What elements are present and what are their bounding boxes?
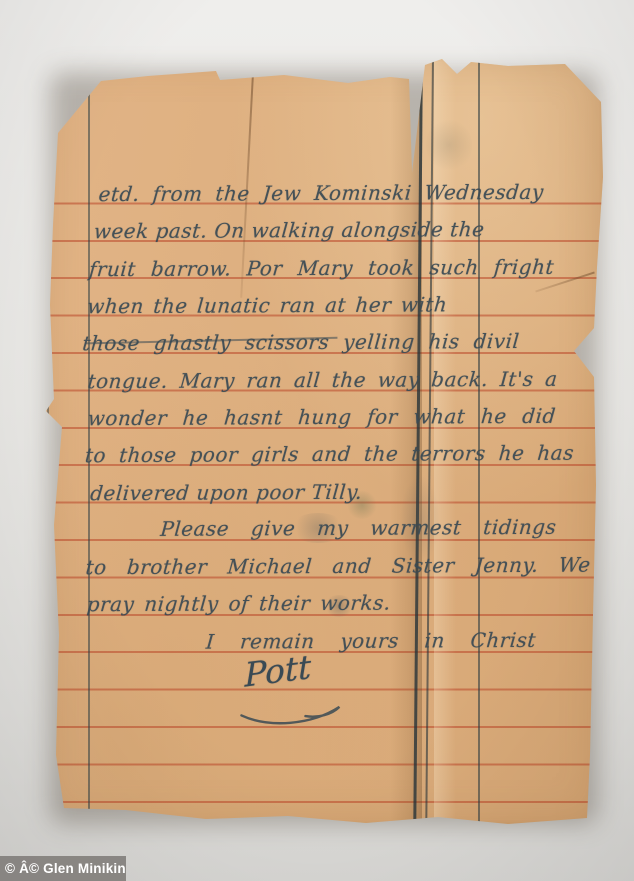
letter-line: Please give my warmest tidings [159, 514, 557, 542]
letter-line: pray nightly of their works. [86, 590, 392, 618]
letter-line: to brother Michael and Sister Jenny. We [85, 552, 592, 581]
letter-paper: etd. from the Jew Kominski Wednesday wee… [38, 55, 606, 827]
photograph: etd. from the Jew Kominski Wednesday wee… [0, 0, 634, 881]
letter-line: to those poor girls and the terrors he h… [84, 440, 575, 469]
photo-credit-bar: © Â© Glen Minikin [0, 856, 126, 881]
margin-line-edge [47, 55, 49, 827]
letter-line: fruit barrow. Por Mary took such fright [88, 254, 555, 282]
letter-line: delivered upon poor Tilly. [89, 479, 363, 506]
photo-credit-label: © Â© Glen Minikin [0, 861, 126, 876]
letter-line: etd. from the Jew Kominski Wednesday [98, 179, 545, 207]
handwritten-text: etd. from the Jew Kominski Wednesday wee… [36, 54, 608, 829]
signature: Pott [244, 647, 312, 695]
letter-line: I remain yours in Christ [205, 627, 537, 655]
letter-line: week past. On walking alongside the [93, 216, 460, 244]
letter-line: when the lunatic ran at her with [86, 291, 448, 319]
letter-line: tongue. Mary ran all the way back. It's … [87, 366, 559, 394]
signature-flourish [235, 695, 355, 730]
letter-line: wonder he hasnt hung for what he did [87, 403, 557, 431]
